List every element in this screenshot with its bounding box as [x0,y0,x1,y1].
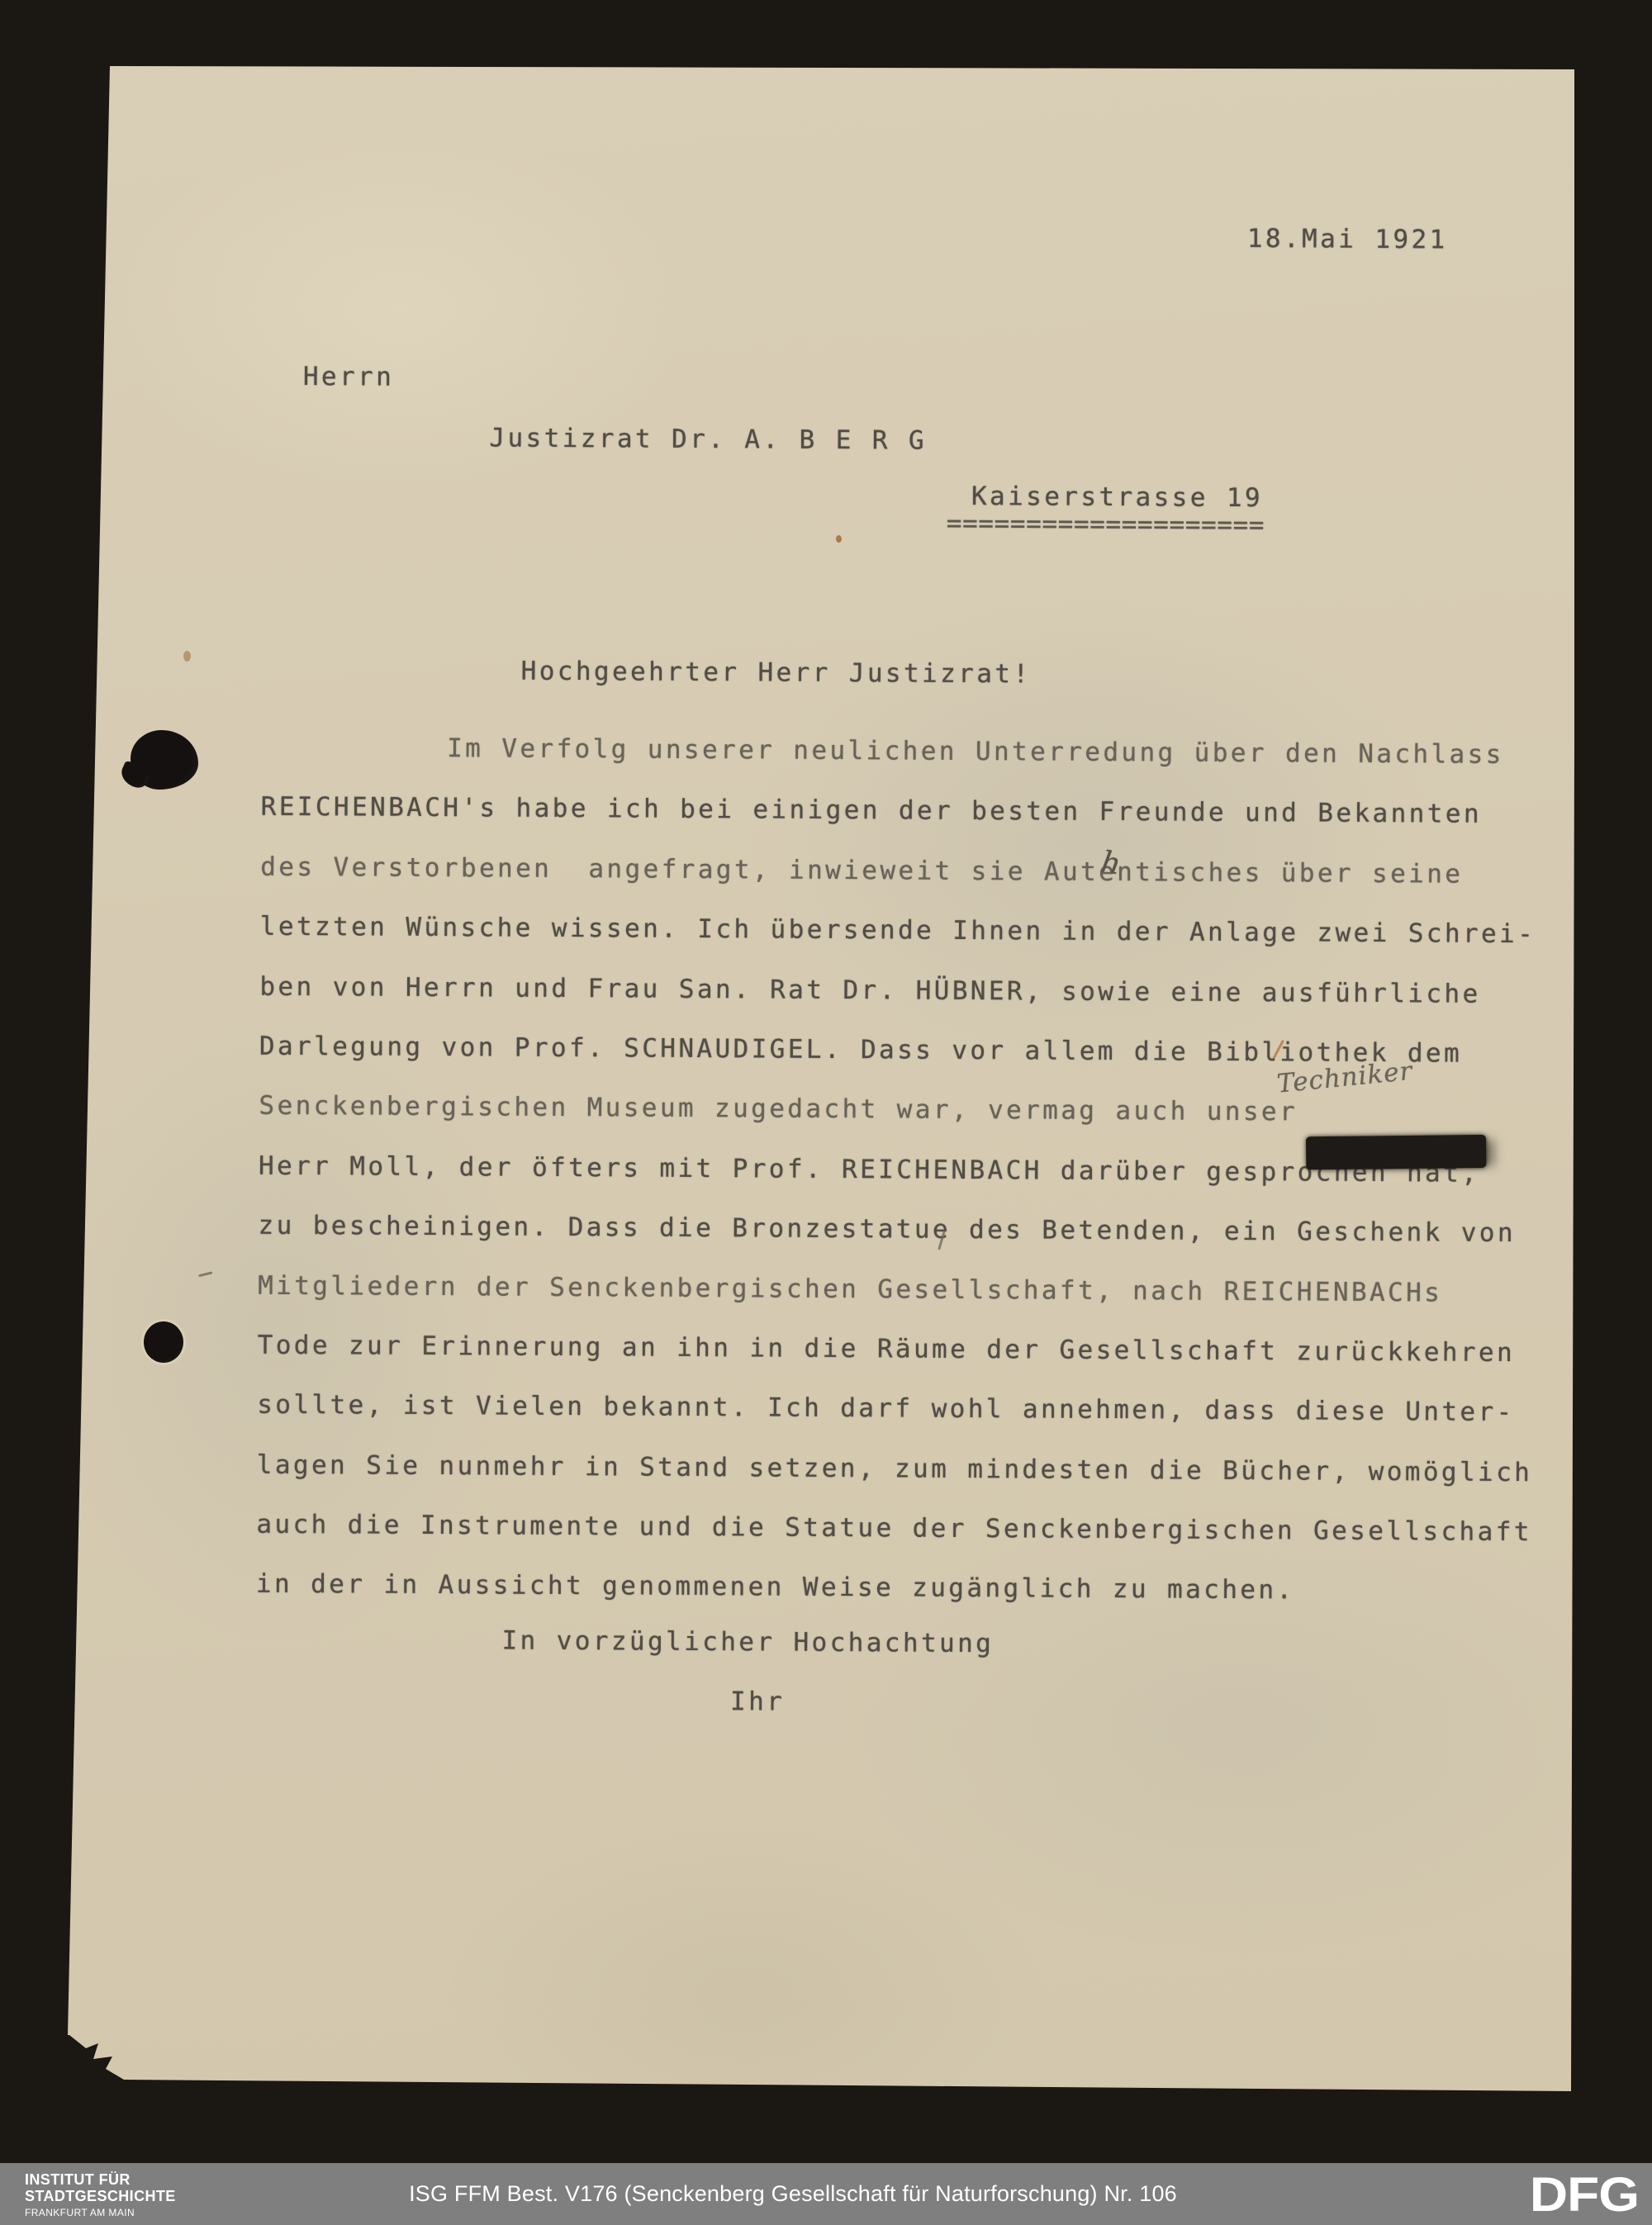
body-line: lagen Sie nunmehr in Stand setzen, zum m… [257,1435,1587,1502]
body-line: Tode zur Erinnerung an ihn in die Räume … [258,1316,1588,1383]
recipient-intro: Herrn [303,362,395,392]
archive-footer-bar: INSTITUT FÜR STADTGESCHICHTE FRANKFURT A… [0,2163,1652,2225]
body-line: in der in Aussicht genommenen Weise zugä… [256,1554,1586,1622]
dfg-logo: DFG [1530,2166,1639,2223]
salutation: Hochgeehrter Herr Justizrat! [521,657,1032,690]
body-line: des Verstorbenen angefragt, inwieweit si… [260,837,1590,904]
archive-reference: ISG FFM Best. V176 (Senckenberg Gesellsc… [0,2163,1586,2225]
letter-body: Im Verfolg unserer neulichen Unterredung… [256,718,1592,1623]
body-line: sollte, ist Vielen bekannt. Ich darf woh… [257,1375,1587,1443]
scanned-letter-page: 18.Mai 1921 Herrn Justizrat Dr. A. B E R… [0,0,1652,2225]
street-underline: ==================== [947,509,1265,540]
redacted-word [1306,1135,1486,1169]
letter-date: 18.Mai 1921 [1247,224,1448,254]
body-line: auch die Instrumente und die Statue der … [256,1495,1586,1563]
body-line: letzten Wünsche wissen. Ich übersende Ih… [260,897,1590,965]
body-line: Im Verfolg unserer neulichen Unterredung… [261,718,1591,785]
body-line: ben von Herrn und Frau San. Rat Dr. HÜBN… [259,956,1589,1024]
letter-text-layer: 18.Mai 1921 Herrn Justizrat Dr. A. B E R… [55,57,1575,2096]
body-line: zu bescheinigen. Dass die Bronzestatue d… [258,1196,1588,1264]
body-line: REICHENBACH's habe ich bei einigen der b… [260,777,1590,845]
signature-intro: Ihr [730,1687,785,1716]
margin-pencil-dash [198,1271,212,1277]
body-line: Mitgliedern der Senckenbergischen Gesell… [258,1255,1588,1323]
recipient-name: Justizrat Dr. A. B E R G [489,423,927,455]
closing-formula: In vorzüglicher Hochachtung [501,1626,994,1659]
